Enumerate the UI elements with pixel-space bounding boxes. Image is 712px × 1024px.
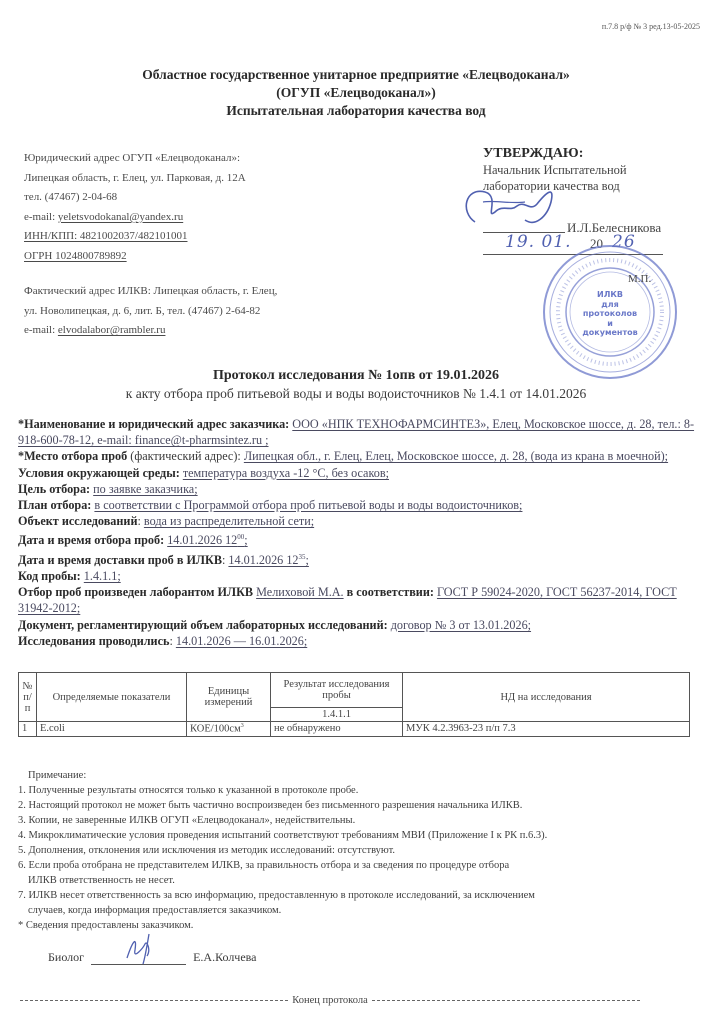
field-regulating-document: Документ, регламентирующий объем лаборат… — [18, 617, 698, 633]
protocol-fields: *Наименование и юридический адрес заказч… — [18, 416, 698, 649]
approval-heading: УТВЕРЖДАЮ: — [483, 146, 627, 162]
field-sampler: Отбор проб произведен лаборантом ИЛКВ Ме… — [18, 584, 698, 616]
field-sample-code: Код пробы: 1.4.1.1; — [18, 568, 698, 584]
seal-place-label: М.П. — [628, 273, 651, 285]
org-short-name: (ОГУП «Елецводоканал») — [0, 84, 712, 102]
field-customer: *Наименование и юридический адрес заказч… — [18, 416, 698, 448]
end-of-protocol: Конец протокола — [20, 995, 640, 1006]
col-nd: НД на исследования — [403, 673, 690, 722]
note-item: 7. ИЛКВ несет ответственность за всю инф… — [18, 888, 547, 903]
col-result: Результат исследования пробы — [271, 673, 403, 708]
col-result-sample-code: 1.4.1.1 — [271, 708, 403, 722]
legal-email-line: e-mail: yeletsvodokanal@yandex.ru — [24, 208, 246, 228]
col-units: Единицы измерений — [187, 673, 271, 722]
field-environment: Условия окружающей среды: температура во… — [18, 465, 698, 481]
org-name: Областное государственное унитарное пред… — [0, 66, 712, 84]
notes-heading: Примечание: — [18, 768, 547, 783]
field-sampling-place: *Место отбора проб (фактический адрес): … — [18, 448, 698, 464]
protocol-title: Протокол исследования № 1опв от 19.01.20… — [0, 368, 712, 384]
note-item: случаев, когда информация предоставляетс… — [18, 903, 547, 918]
ogrn: ОГРН 1024800789892 — [24, 247, 246, 267]
field-delivery-datetime: Дата и время доставки проб в ИЛКВ: 14.01… — [18, 549, 698, 568]
stamp-text: ИЛКВ для протоколов и документов — [580, 290, 640, 338]
field-object: Объект исследований: вода из распределит… — [18, 513, 698, 529]
divider — [20, 1000, 288, 1001]
legal-address-label: Юридический адрес ОГУП «Елецводоканал»: — [24, 149, 246, 169]
actual-address-line2: ул. Новолипецкая, д. 6, лит. Б, тел. (47… — [24, 302, 277, 322]
col-indicator: Определяемые показатели — [37, 673, 187, 722]
note-item: 1. Полученные результаты относятся тольк… — [18, 783, 547, 798]
col-num: № п/п — [19, 673, 37, 722]
note-item: 4. Микроклиматические условия проведения… — [18, 828, 547, 843]
field-purpose: Цель отбора: по заявке заказчика; — [18, 481, 698, 497]
approver-title-1: Начальник Испытательной — [483, 162, 627, 178]
legal-address-block: Юридический адрес ОГУП «Елецводоканал»: … — [24, 149, 246, 266]
biologist-name: Е.А.Колчева — [193, 950, 256, 964]
biologist-role: Биолог — [48, 950, 84, 964]
note-item: 5. Дополнения, отклонения или исключения… — [18, 843, 547, 858]
document-reference: п.7.8 р/ф № 3 ред.13-05-2025 — [602, 22, 700, 31]
actual-address-block: Фактический адрес ИЛКВ: Липецкая область… — [24, 282, 277, 341]
lab-name: Испытательная лаборатория качества вод — [0, 102, 712, 120]
results-table: № п/п Определяемые показатели Единицы из… — [18, 672, 690, 737]
legal-phone: тел. (47467) 2-04-68 — [24, 188, 246, 208]
table-header-row: № п/п Определяемые показатели Единицы из… — [19, 673, 690, 708]
end-label: Конец протокола — [292, 995, 368, 1006]
inn-kpp: ИНН/КПП: 4821002037/482101001 — [24, 227, 246, 247]
note-item: 2. Настоящий протокол не может быть част… — [18, 798, 547, 813]
note-item: 3. Копии, не заверенные ИЛКВ ОГУП «Елецв… — [18, 813, 547, 828]
legal-address: Липецкая область, г. Елец, ул. Парковая,… — [24, 169, 246, 189]
note-item: 6. Если проба отобрана не представителем… — [18, 858, 547, 873]
legal-email-link[interactable]: yeletsvodokanal@yandex.ru — [58, 211, 183, 223]
actual-email-link[interactable]: elvodalabor@rambler.ru — [58, 324, 166, 336]
actual-email-line: e-mail: elvodalabor@rambler.ru — [24, 321, 277, 341]
field-research-period: Исследования проводились: 14.01.2026 — 1… — [18, 633, 698, 649]
approver-signature-icon — [455, 182, 565, 232]
field-plan: План отбора: в соответствии с Программой… — [18, 497, 698, 513]
divider — [372, 1000, 640, 1001]
actual-address-line1: Фактический адрес ИЛКВ: Липецкая область… — [24, 282, 277, 302]
biologist-signature-icon — [121, 930, 161, 966]
note-item: * Сведения предоставлены заказчиком. — [18, 918, 547, 933]
field-sampling-datetime: Дата и время отбора проб: 14.01.2026 120… — [18, 529, 698, 548]
note-item: ИЛКВ ответственность не несет. — [18, 873, 547, 888]
table-row: 1 E.coli КОЕ/100см3 не обнаружено МУК 4.… — [19, 722, 690, 737]
notes-block: Примечание: 1. Полученные результаты отн… — [18, 768, 547, 933]
organization-header: Областное государственное унитарное пред… — [0, 66, 712, 120]
biologist-signature-block: Биолог Е.А.Колчева — [48, 950, 257, 965]
biologist-signature-line — [91, 950, 186, 965]
protocol-subtitle: к акту отбора проб питьевой воды и воды … — [0, 386, 712, 402]
